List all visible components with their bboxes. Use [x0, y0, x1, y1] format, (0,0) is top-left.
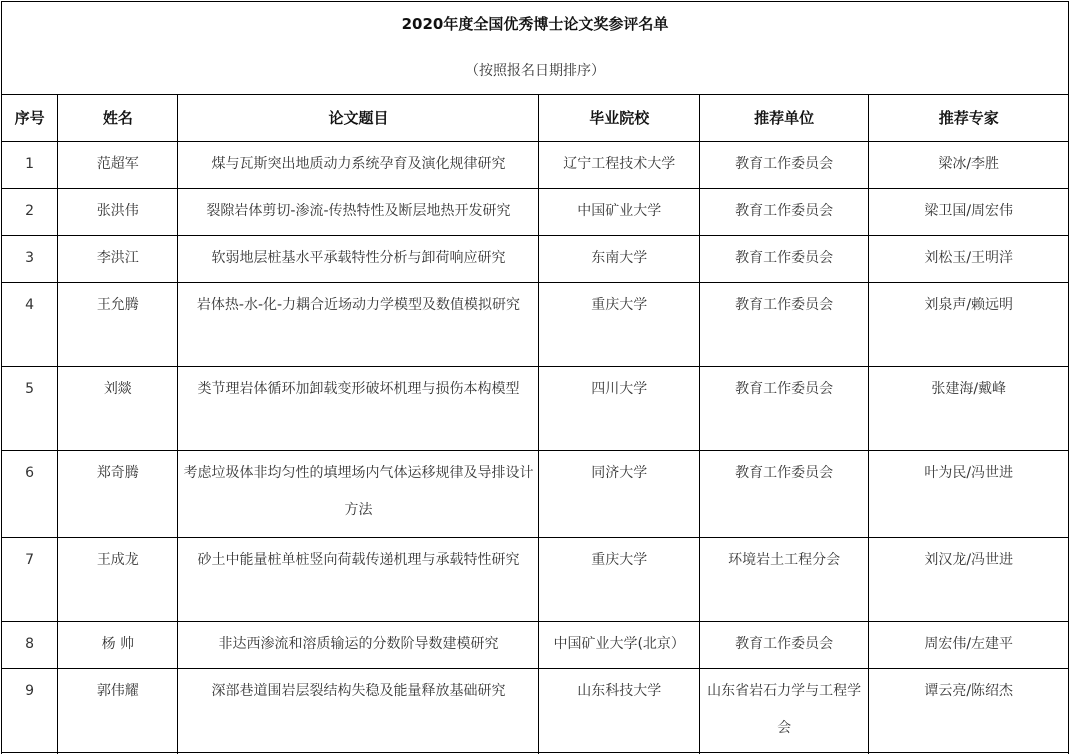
cell-name: 张洪伟	[58, 189, 178, 236]
header-no: 序号	[2, 95, 58, 142]
thesis-title-text: 类节理岩体循环加卸载变形破坏机理与损伤本构模型	[178, 371, 538, 408]
cell-name: 王允腾	[58, 283, 178, 367]
cell-thesis-title: 非达西渗流和溶质输运的分数阶导数建模研究	[178, 622, 539, 669]
document-title: 2020年度全国优秀博士论文奖参评名单	[2, 14, 1068, 34]
cell-name: 郭伟耀	[58, 669, 178, 753]
cell-thesis-title: 类节理岩体循环加卸载变形破坏机理与损伤本构模型	[178, 367, 539, 451]
cell-school: 四川大学	[539, 367, 699, 451]
cell-recommending-experts: 梁卫国/周宏伟	[869, 189, 1069, 236]
cell-thesis-title: 考虑垃圾体非均匀性的填埋场内气体运移规律及导排设计方法	[178, 451, 539, 538]
cell-no: 5	[2, 367, 58, 451]
cell-name: 王成龙	[58, 538, 178, 622]
cell-school: 同济大学	[539, 451, 699, 538]
table-row: 8 杨 帅 非达西渗流和溶质输运的分数阶导数建模研究 中国矿业大学(北京） 教育…	[2, 622, 1069, 669]
header-name: 姓名	[58, 95, 178, 142]
table-row: 1 范超军 煤与瓦斯突出地质动力系统孕育及演化规律研究 辽宁工程技术大学 教育工…	[2, 142, 1069, 189]
recommending-unit-text: 山东省岩石力学与工程学会	[700, 673, 868, 747]
cell-school: 重庆大学	[539, 283, 699, 367]
cell-recommending-experts: 刘松玉/王明洋	[869, 236, 1069, 283]
header-recommending-unit: 推荐单位	[699, 95, 868, 142]
cell-no: 6	[2, 451, 58, 538]
cell-recommending-experts: 刘泉声/赖远明	[869, 283, 1069, 367]
thesis-title-text: 岩体热-水-化-力耦合近场动力学模型及数值模拟研究	[178, 287, 538, 324]
cell-no: 3	[2, 236, 58, 283]
cell-name: 刘燚	[58, 367, 178, 451]
cell-school: 重庆大学	[539, 538, 699, 622]
header-school: 毕业院校	[539, 95, 699, 142]
cell-school: 中国矿业大学(北京）	[539, 622, 699, 669]
cell-school: 中国矿业大学	[539, 189, 699, 236]
thesis-title-text: 软弱地层桩基水平承载特性分析与卸荷响应研究	[178, 240, 538, 277]
cell-recommending-unit: 教育工作委员会	[699, 622, 868, 669]
cell-name: 范超军	[58, 142, 178, 189]
thesis-title-text: 裂隙岩体剪切-渗流-传热特性及断层地热开发研究	[178, 193, 538, 230]
thesis-title-text: 深部巷道围岩层裂结构失稳及能量释放基础研究	[178, 673, 538, 710]
table-row: 5 刘燚 类节理岩体循环加卸载变形破坏机理与损伤本构模型 四川大学 教育工作委员…	[2, 367, 1069, 451]
cell-thesis-title: 砂土中能量桩单桩竖向荷载传递机理与承载特性研究	[178, 538, 539, 622]
table-row: 3 李洪江 软弱地层桩基水平承载特性分析与卸荷响应研究 东南大学 教育工作委员会…	[2, 236, 1069, 283]
cell-no: 9	[2, 669, 58, 753]
cell-recommending-unit: 教育工作委员会	[699, 189, 868, 236]
table-row: 2 张洪伟 裂隙岩体剪切-渗流-传热特性及断层地热开发研究 中国矿业大学 教育工…	[2, 189, 1069, 236]
cell-recommending-experts: 梁冰/李胜	[869, 142, 1069, 189]
cell-recommending-unit: 教育工作委员会	[699, 283, 868, 367]
cell-recommending-experts: 谭云亮/陈绍杰	[869, 669, 1069, 753]
award-candidates-table: 2020年度全国优秀博士论文奖参评名单 （按照报名日期排序） 序号 姓名 论文题…	[1, 1, 1069, 754]
cell-recommending-experts: 周宏伟/左建平	[869, 622, 1069, 669]
table-row: 9 郭伟耀 深部巷道围岩层裂结构失稳及能量释放基础研究 山东科技大学 山东省岩石…	[2, 669, 1069, 753]
cell-recommending-experts: 刘汉龙/冯世进	[869, 538, 1069, 622]
cell-recommending-experts: 叶为民/冯世进	[869, 451, 1069, 538]
cell-thesis-title: 岩体热-水-化-力耦合近场动力学模型及数值模拟研究	[178, 283, 539, 367]
table-row: 6 郑奇腾 考虑垃圾体非均匀性的填埋场内气体运移规律及导排设计方法 同济大学 教…	[2, 451, 1069, 538]
cell-recommending-unit: 教育工作委员会	[699, 236, 868, 283]
table-row: 7 王成龙 砂土中能量桩单桩竖向荷载传递机理与承载特性研究 重庆大学 环境岩土工…	[2, 538, 1069, 622]
cell-name: 杨 帅	[58, 622, 178, 669]
cell-thesis-title: 软弱地层桩基水平承载特性分析与卸荷响应研究	[178, 236, 539, 283]
cell-school: 山东科技大学	[539, 669, 699, 753]
cell-thesis-title: 煤与瓦斯突出地质动力系统孕育及演化规律研究	[178, 142, 539, 189]
header-thesis-title: 论文题目	[178, 95, 539, 142]
title-row: 2020年度全国优秀博士论文奖参评名单 （按照报名日期排序）	[2, 2, 1069, 95]
cell-recommending-unit: 教育工作委员会	[699, 367, 868, 451]
cell-recommending-unit: 山东省岩石力学与工程学会	[699, 669, 868, 753]
cell-school: 东南大学	[539, 236, 699, 283]
cell-name: 李洪江	[58, 236, 178, 283]
document-subtitle: （按照报名日期排序）	[2, 61, 1068, 81]
cell-no: 7	[2, 538, 58, 622]
cell-no: 8	[2, 622, 58, 669]
table-row: 4 王允腾 岩体热-水-化-力耦合近场动力学模型及数值模拟研究 重庆大学 教育工…	[2, 283, 1069, 367]
cell-recommending-unit: 教育工作委员会	[699, 451, 868, 538]
thesis-title-text: 非达西渗流和溶质输运的分数阶导数建模研究	[178, 626, 538, 663]
cell-recommending-experts: 张建海/戴峰	[869, 367, 1069, 451]
table-header-row: 序号 姓名 论文题目 毕业院校 推荐单位 推荐专家	[2, 95, 1069, 142]
cell-school: 辽宁工程技术大学	[539, 142, 699, 189]
cell-thesis-title: 裂隙岩体剪切-渗流-传热特性及断层地热开发研究	[178, 189, 539, 236]
thesis-title-text: 煤与瓦斯突出地质动力系统孕育及演化规律研究	[178, 146, 538, 183]
cell-recommending-unit: 教育工作委员会	[699, 142, 868, 189]
cell-no: 1	[2, 142, 58, 189]
thesis-title-text: 砂土中能量桩单桩竖向荷载传递机理与承载特性研究	[178, 542, 538, 579]
title-cell: 2020年度全国优秀博士论文奖参评名单 （按照报名日期排序）	[2, 2, 1069, 95]
cell-no: 2	[2, 189, 58, 236]
cell-thesis-title: 深部巷道围岩层裂结构失稳及能量释放基础研究	[178, 669, 539, 753]
cell-no: 4	[2, 283, 58, 367]
header-recommending-experts: 推荐专家	[869, 95, 1069, 142]
thesis-title-text: 考虑垃圾体非均匀性的填埋场内气体运移规律及导排设计方法	[178, 455, 538, 529]
cell-name: 郑奇腾	[58, 451, 178, 538]
cell-recommending-unit: 环境岩土工程分会	[699, 538, 868, 622]
